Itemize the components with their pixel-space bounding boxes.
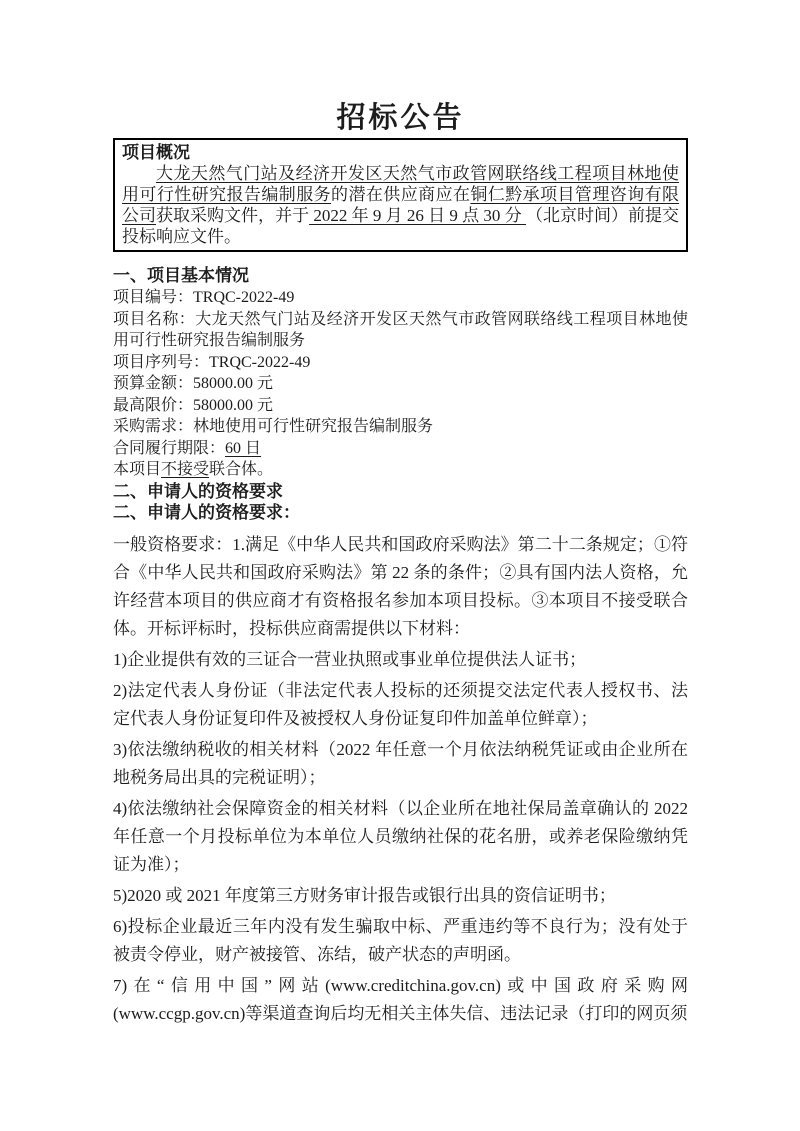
requirement-item-4: 4)依法缴纳社会保障资金的相关材料（以企业所在地社保局盖章确认的 2022 年任… (113, 795, 688, 879)
qualification-intro: 一般资格要求：1.满足《中华人民共和国政府采购法》第二十二条规定；①符合《中华人… (113, 531, 688, 643)
field-project-serial: 项目序列号：TRQC-2022-49 (113, 352, 688, 374)
field-project-number: 项目编号：TRQC-2022-49 (113, 287, 688, 309)
overview-heading: 项目概况 (122, 142, 679, 163)
contract-period-value-underlined: 60 日 (225, 440, 261, 457)
joint-venture-suffix: 联合体。 (209, 461, 273, 478)
document-page: 招标公告 项目概况 大龙天然气门站及经济开发区天然气市政管网联络线工程项目林地使… (0, 0, 800, 1131)
field-project-name: 项目名称：大龙天然气门站及经济开发区天然气市政管网联络线工程项目林地使用可行性研… (113, 309, 688, 352)
project-overview-box: 项目概况 大龙天然气门站及经济开发区天然气市政管网联络线工程项目林地使用可行性研… (113, 138, 688, 252)
overview-paragraph: 大龙天然气门站及经济开发区天然气市政管网联络线工程项目林地使用可行性研究报告编制… (122, 163, 679, 247)
section1-heading: 一、项目基本情况 (113, 265, 688, 287)
section1-fields: 项目编号：TRQC-2022-49 项目名称：大龙天然气门站及经济开发区天然气市… (113, 287, 688, 481)
field-joint-venture: 本项目不接受联合体。 (113, 459, 688, 481)
section2-heading-2: 二、申请人的资格要求： (113, 502, 688, 524)
bid-deadline-underlined: 2022 年 9 月 26 日 9 点 30 分 (309, 206, 526, 225)
requirement-item-6: 6)投标企业最近三年内没有发生骗取中标、严重违约等不良行为；没有处于被责令停业，… (113, 913, 688, 969)
field-budget-amount: 预算金额：58000.00 元 (113, 373, 688, 395)
field-procurement-demand: 采购需求：林地使用可行性研究报告编制服务 (113, 416, 688, 438)
field-max-price: 最高限价：58000.00 元 (113, 395, 688, 417)
contract-period-label: 合同履行期限： (113, 440, 225, 457)
page-title: 招标公告 (113, 100, 688, 136)
requirement-item-5: 5)2020 或 2021 年度第三方财务审计报告或银行出具的资信证明书； (113, 882, 688, 910)
field-contract-period: 合同履行期限：60 日 (113, 438, 688, 460)
requirement-item-1: 1)企业提供有效的三证合一营业执照或事业单位提供法人证书； (113, 646, 688, 674)
requirement-item-2: 2)法定代表人身份证（非法定代表人投标的还须提交法定代表人授权书、法定代表人身份… (113, 677, 688, 733)
requirement-item-3: 3)依法缴纳税收的相关材料（2022 年任意一个月依法纳税凭证或由企业所在地税务… (113, 736, 688, 792)
section2-heading-1: 二、申请人的资格要求 (113, 481, 688, 503)
requirement-item-7: 7)在“信用中国”网站(www.creditchina.gov.cn)或中国政府… (113, 972, 688, 1028)
joint-venture-prefix: 本项目 (113, 461, 161, 478)
overview-text-segment: 获取采购文件，并于 (156, 206, 309, 225)
overview-text-segment: 的潜在供应商应在 (331, 185, 470, 204)
joint-venture-underlined: 不接受 (161, 461, 209, 478)
